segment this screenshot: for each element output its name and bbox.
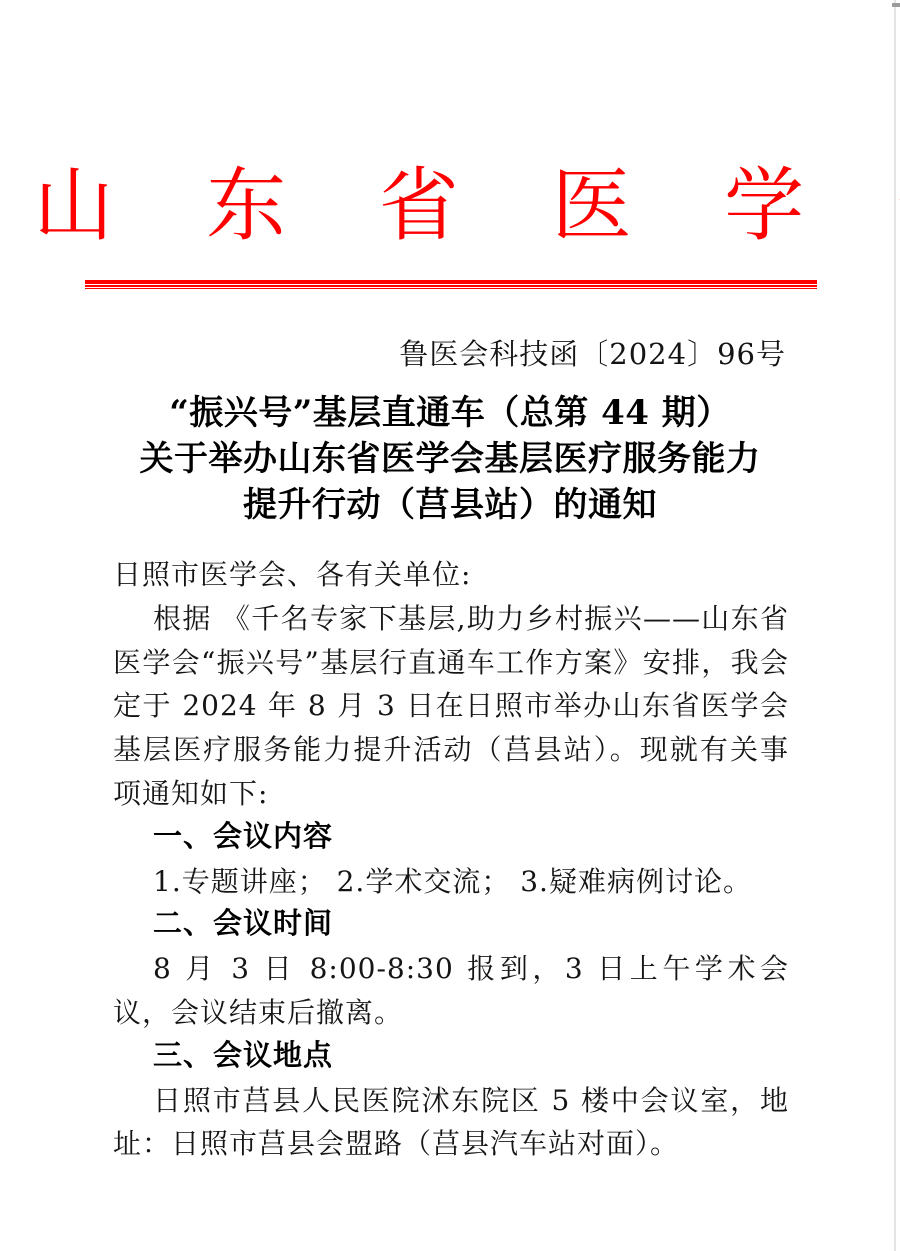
section-heading: 三、会议地点 — [113, 1035, 789, 1079]
organization-name: 山 东 省 医 学 会 — [0, 152, 900, 260]
title-line-3: 提升行动（莒县站）的通知 — [60, 482, 840, 528]
body-paragraph: 日照市莒县人民医院沭东院区 5 楼中会议室，地址：日照市莒县会盟路（莒县汽车站对… — [113, 1079, 789, 1167]
document-body: 日照市医学会、各有关单位:根据 《千名专家下基层,助力乡村振兴——山东省医学会“… — [113, 553, 789, 1166]
divider-line-medium — [85, 285, 817, 287]
body-paragraph: 根据 《千名专家下基层,助力乡村振兴——山东省医学会“振兴号”基层行直通车工作方… — [113, 597, 789, 816]
salutation-line: 日照市医学会、各有关单位: — [113, 553, 789, 597]
document-number: 鲁医会科技函〔2024〕96号 — [399, 337, 786, 371]
title-line-2: 关于举办山东省医学会基层医疗服务能力 — [60, 436, 840, 482]
title-line-1: “振兴号”基层直通车（总第 44 期） — [60, 390, 840, 436]
body-paragraph: 1.专题讲座； 2.学术交流； 3.疑难病例讨论。 — [113, 860, 789, 904]
section-heading: 二、会议时间 — [113, 903, 789, 947]
body-paragraph: 8 月 3 日 8:00-8:30 报到，3 日上午学术会议，会议结束后撤离。 — [113, 947, 789, 1035]
notice-document-page: 山 东 省 医 学 会 鲁医会科技函〔2024〕96号 “振兴号”基层直通车（总… — [0, 0, 900, 1251]
scrollbar-thumb[interactable] — [892, 3, 900, 7]
section-heading: 一、会议内容 — [113, 816, 789, 860]
letterhead-divider — [85, 280, 817, 289]
divider-line-thick — [85, 280, 817, 284]
document-title: “振兴号”基层直通车（总第 44 期） 关于举办山东省医学会基层医疗服务能力 提… — [60, 390, 840, 528]
divider-line-thin — [85, 288, 817, 289]
